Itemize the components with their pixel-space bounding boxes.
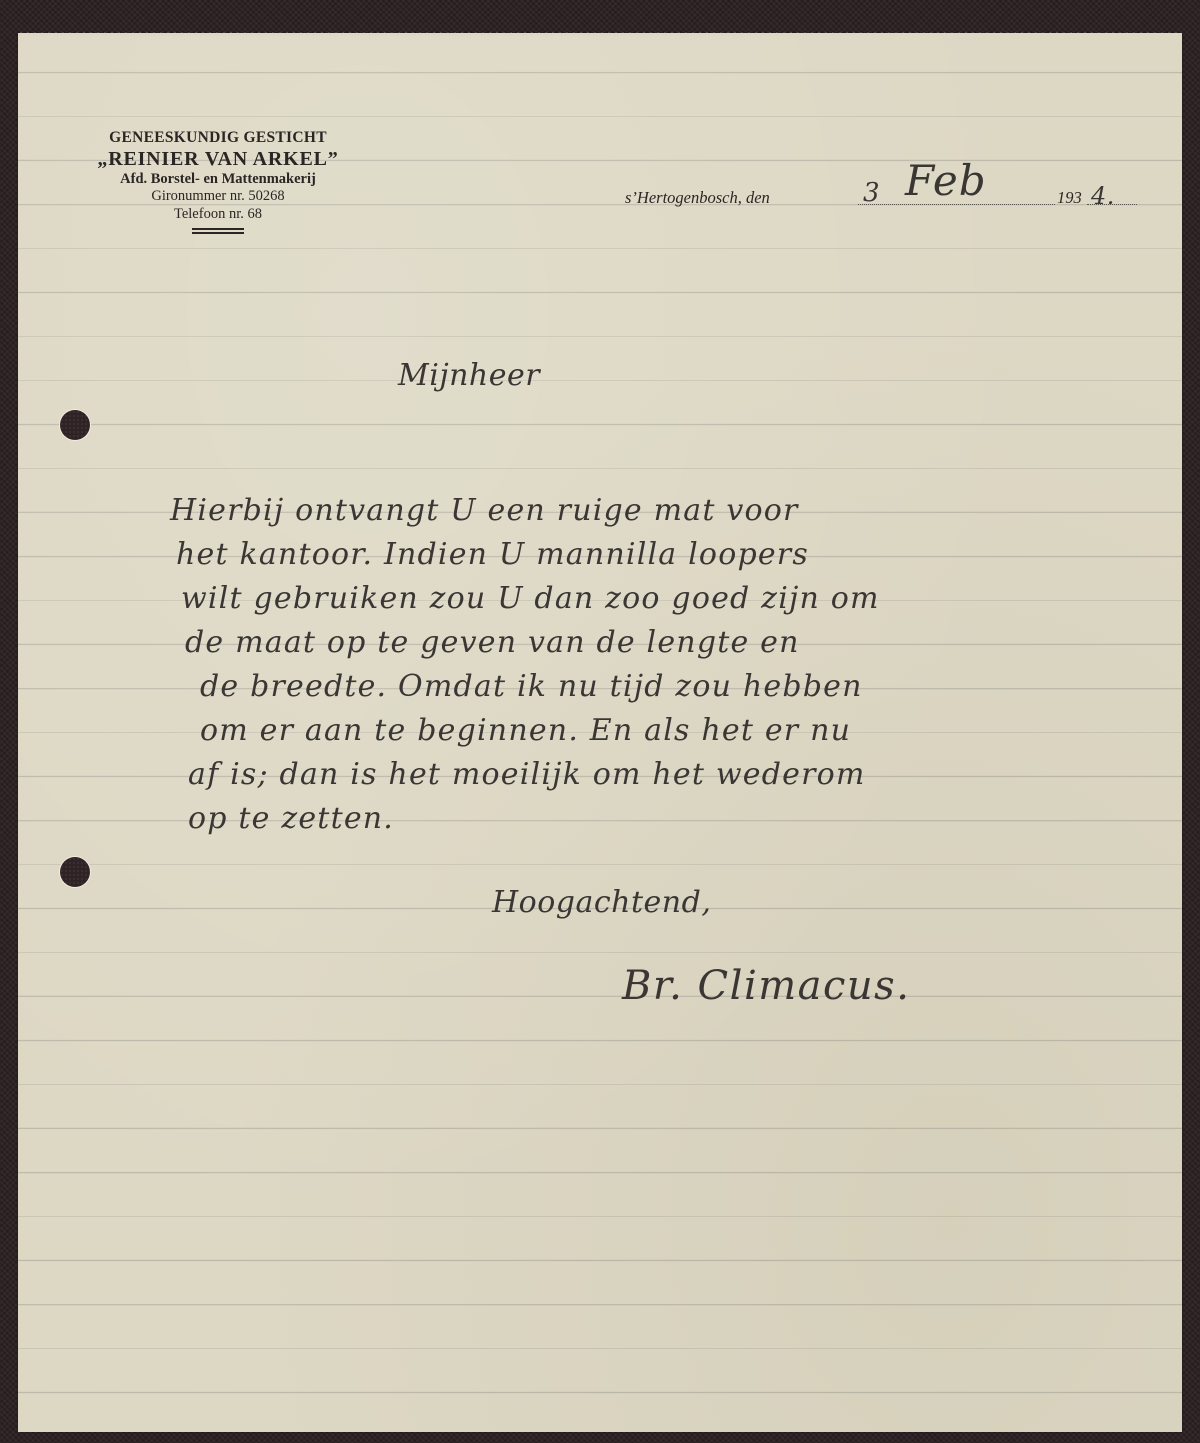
signature: Br. Climacus. <box>622 963 910 1009</box>
body-line: de breedte. Omdat ik nu tijd zou hebben <box>200 669 863 704</box>
date-day: 3 <box>863 178 880 208</box>
letter-sheet: GENEESKUNDIG GESTICHT „REINIER VAN ARKEL… <box>18 33 1182 1432</box>
date-year-suffix: 4. <box>1091 182 1115 210</box>
letterhead: GENEESKUNDIG GESTICHT „REINIER VAN ARKEL… <box>58 130 378 234</box>
punch-hole-bottom-icon <box>60 857 90 887</box>
closing: Hoogachtend, <box>492 885 711 920</box>
dateline-place: s’Hertogenbosch, den <box>625 188 770 208</box>
body-line: af is; dan is het moeilijk om het wedero… <box>188 757 866 792</box>
letterhead-department: Afd. Borstel- en Mattenmakerij <box>58 172 378 187</box>
body-line: om er aan te beginnen. En als het er nu <box>200 713 851 748</box>
letterhead-giro: Gironummer nr. 50268 <box>58 189 378 204</box>
dateline: s’Hertogenbosch, den 3 Feb 193 4. <box>625 150 1145 210</box>
date-year-prefix: 193 <box>1057 188 1082 208</box>
letterhead-institution: GENEESKUNDIG GESTICHT <box>58 130 378 146</box>
torn-top-edge <box>18 30 1182 36</box>
date-month: Feb <box>905 156 987 205</box>
body-line: Hierbij ontvangt U een ruige mat voor <box>170 493 799 528</box>
letterhead-phone: Telefoon nr. 68 <box>58 207 378 222</box>
body-line: op te zetten. <box>188 801 394 836</box>
punch-hole-top-icon <box>60 410 90 440</box>
salutation: Mijnheer <box>398 358 540 393</box>
body-line: wilt gebruiken zou U dan zoo goed zijn o… <box>181 581 880 616</box>
letterhead-double-rule <box>192 228 244 234</box>
body-line: het kantoor. Indien U mannilla loopers <box>176 537 809 572</box>
letterhead-name: „REINIER VAN ARKEL” <box>58 149 378 169</box>
body-line: de maat op te geven van de lengte en <box>185 625 800 660</box>
